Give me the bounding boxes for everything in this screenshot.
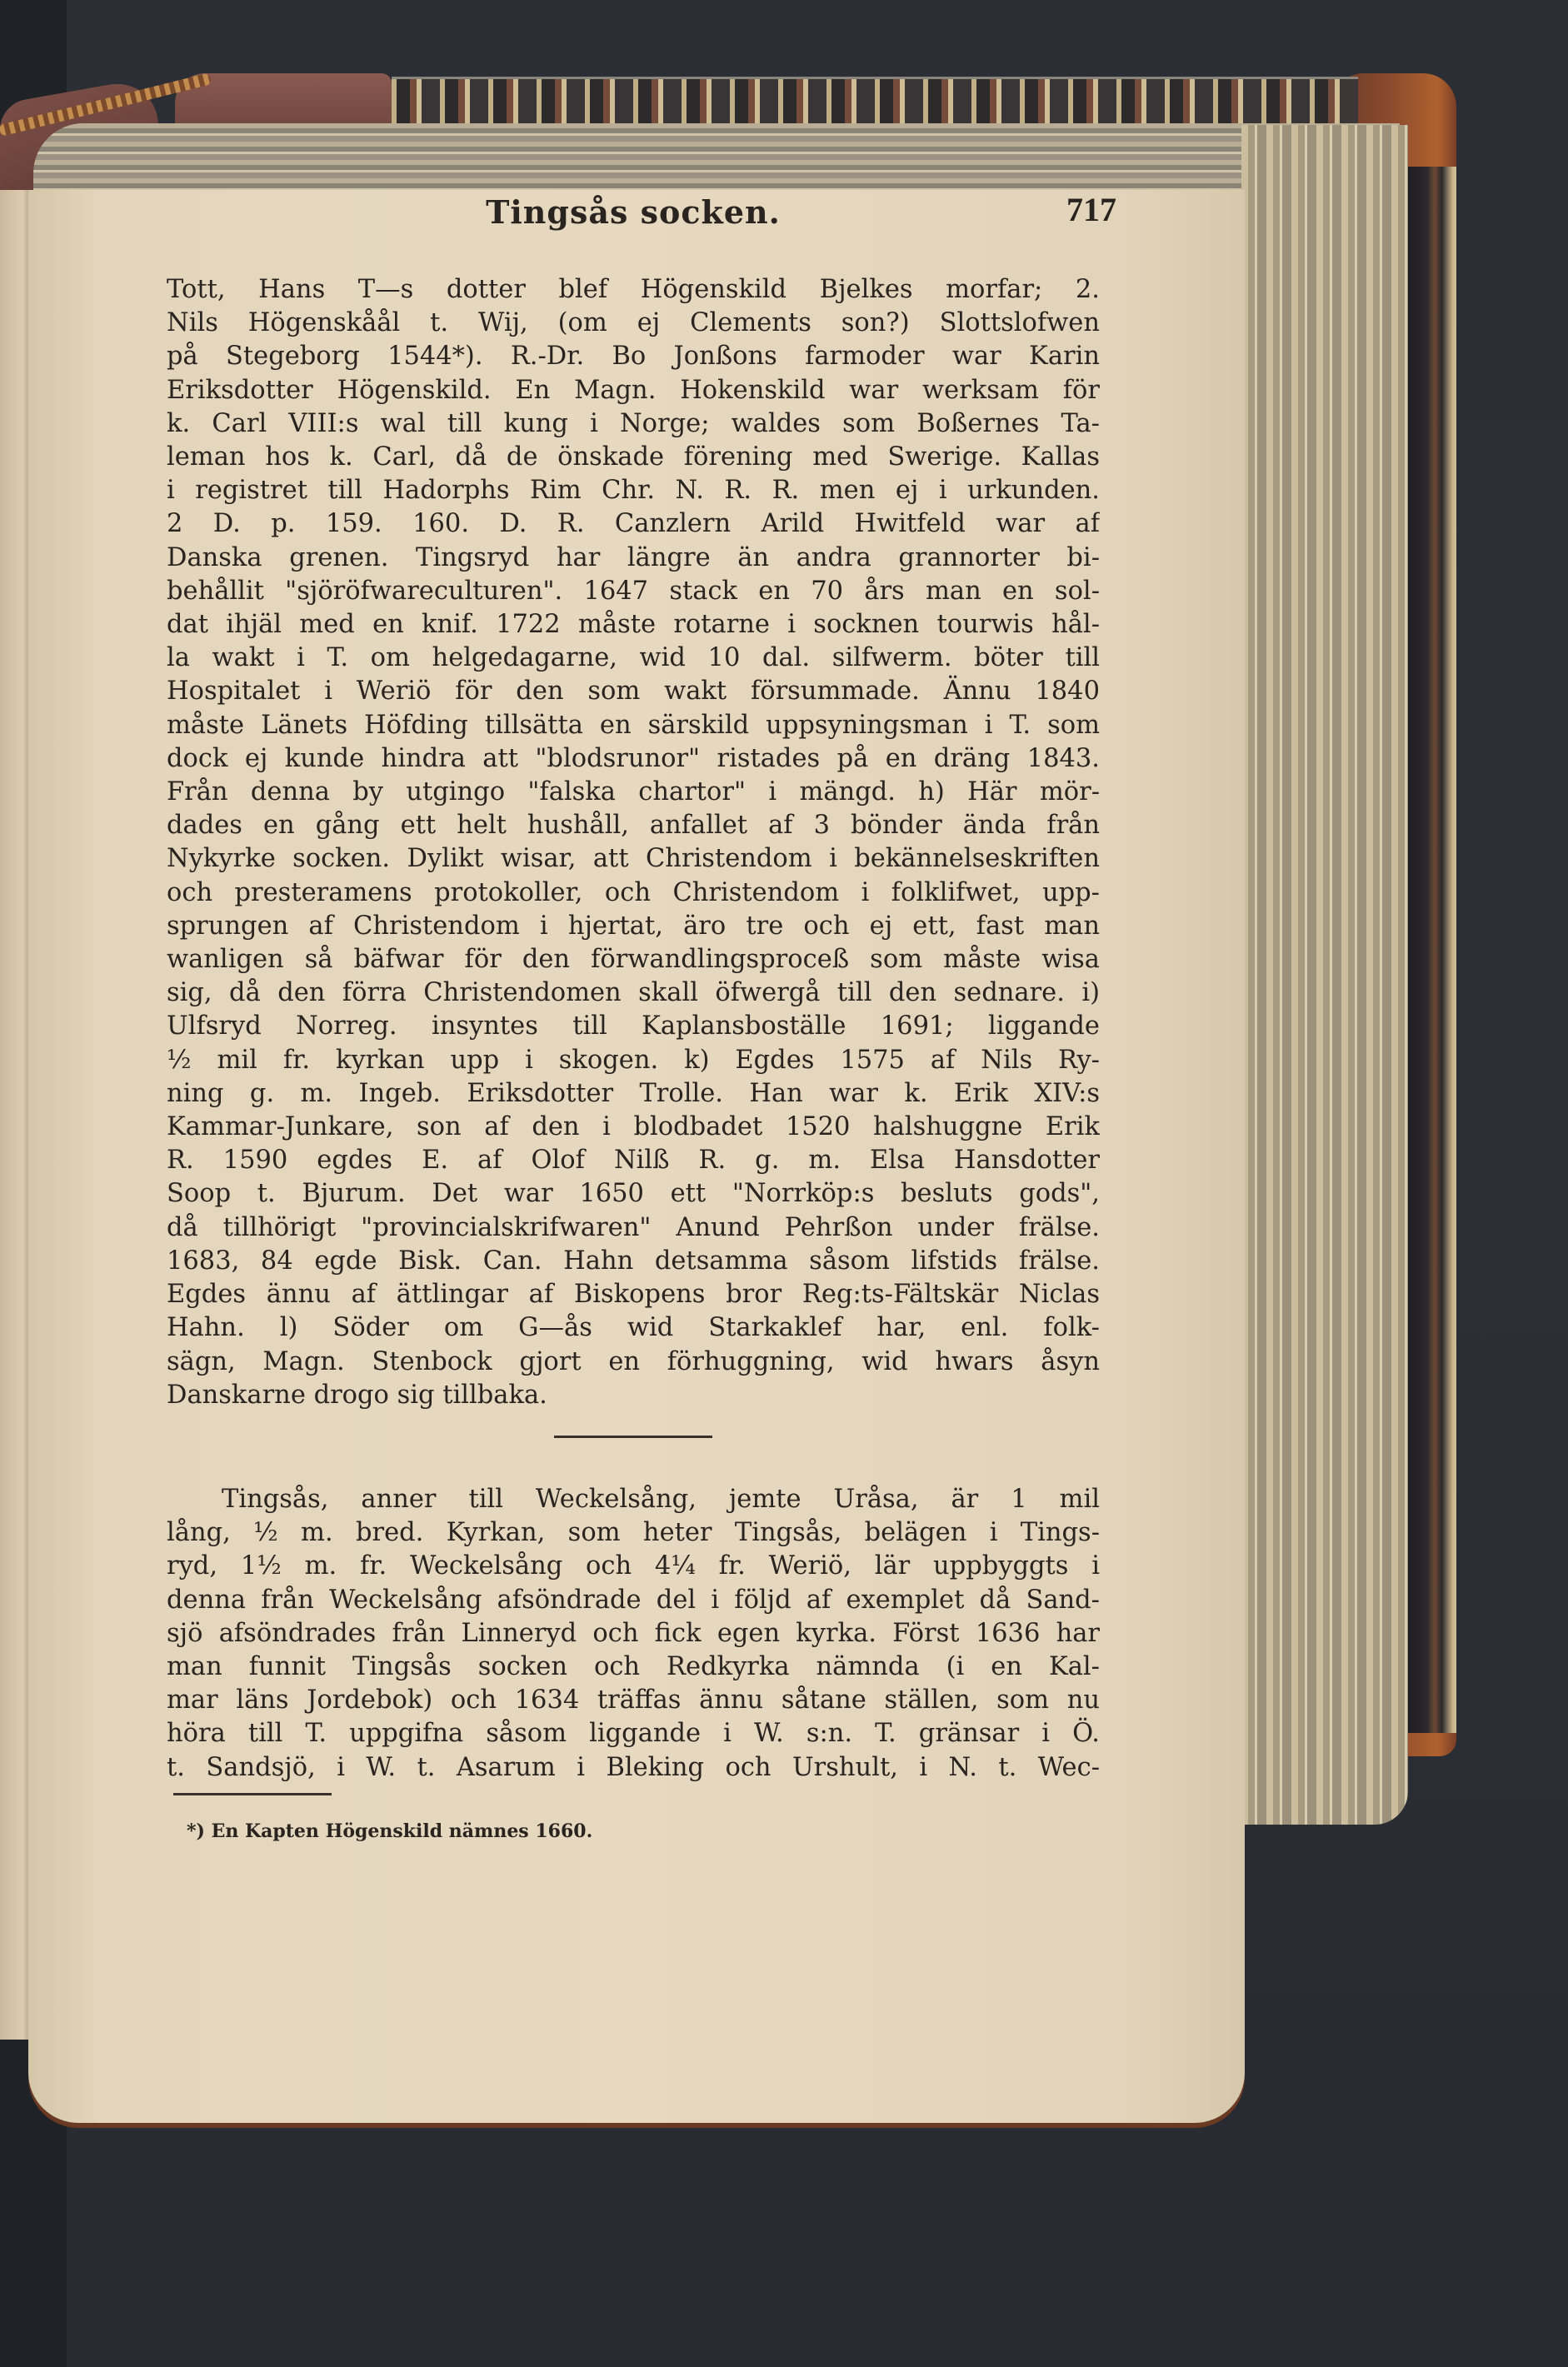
text-line: Tingsås, anner till Weckelsång, jemte Ur…	[167, 1483, 1100, 1516]
text-line: la wakt i T. om helgedagarne, wid 10 dal…	[167, 642, 1100, 675]
text-line: Nykyrke socken. Dylikt wisar, att Christ…	[167, 842, 1100, 876]
text-line: Danska grenen. Tingsryd har längre än an…	[167, 542, 1100, 575]
text-line: ryd, 1½ m. fr. Weckelsång och 4¼ fr. Wer…	[167, 1550, 1100, 1583]
text-line: man funnit Tingsås socken och Redkyrka n…	[167, 1650, 1100, 1684]
text-line: denna från Weckelsång afsöndrade del i f…	[167, 1584, 1100, 1617]
text-line: 1683, 84 egde Bisk. Can. Hahn detsamma s…	[167, 1245, 1100, 1278]
text-line: R. 1590 egdes E. af Olof Nilß R. g. m. E…	[167, 1144, 1100, 1177]
text-line: Eriksdotter Högenskild. En Magn. Hokensk…	[167, 374, 1100, 407]
text-line: dades en gång ett helt hushåll, anfallet…	[167, 809, 1100, 842]
text-line: dat ihjäl med en knif. 1722 måste rotarn…	[167, 608, 1100, 642]
facing-page-left	[0, 190, 28, 2040]
book-marbled-edge-top	[392, 77, 1358, 126]
text-line: sig, då den förra Christendomen skall öf…	[167, 976, 1100, 1010]
text-line: höra till T. uppgifna såsom liggande i W…	[167, 1717, 1100, 1750]
text-line: Danskarne drogo sig tillbaka.	[167, 1379, 1100, 1412]
text-line: sprungen af Christendom i hjertat, äro t…	[167, 910, 1100, 943]
text-line: k. Carl VIII:s wal till kung i Norge; wa…	[167, 407, 1100, 441]
page-stack-right-edge	[1241, 125, 1408, 1825]
text-line: Från denna by utgingo "falska chartor" i…	[167, 776, 1100, 809]
paragraph-tingsas-parish: Tingsås, anner till Weckelsång, jemte Ur…	[167, 1483, 1100, 1785]
text-line: wanligen så bäfwar för den förwandlingsp…	[167, 943, 1100, 976]
text-line: Soop t. Bjurum. Det war 1650 ett "Norrkö…	[167, 1177, 1100, 1211]
text-line: Tott, Hans T—s dotter blef Högenskild Bj…	[167, 273, 1100, 307]
running-head: Tingsås socken. 717	[167, 193, 1100, 252]
text-line: t. Sandsjö, i W. t. Asarum i Bleking och…	[167, 1751, 1100, 1785]
page-number: 717	[1066, 190, 1116, 229]
book-marbled-edge-right	[1408, 167, 1456, 1733]
text-line: på Stegeborg 1544*). R.-Dr. Bo Jonßons f…	[167, 340, 1100, 373]
text-line: 2 D. p. 159. 160. D. R. Canzlern Arild H…	[167, 507, 1100, 541]
text-line: Kammar-Junkare, son af den i blodbadet 1…	[167, 1111, 1100, 1144]
text-line: behållit "sjöröfwareculturen". 1647 stac…	[167, 575, 1100, 608]
footnote: *) En Kapten Högenskild nämnes 1660.	[187, 1820, 1100, 1842]
running-title: Tingsås socken.	[167, 193, 1100, 231]
footnote-divider	[173, 1793, 332, 1795]
text-line: och presteramens protokoller, och Christ…	[167, 876, 1100, 910]
text-line: lång, ½ m. bred. Kyrkan, som heter Tings…	[167, 1516, 1100, 1550]
page-content: Tingsås socken. 717 Tott, Hans T—s dotte…	[167, 193, 1100, 1842]
text-line: Nils Högenskåål t. Wij, (om ej Clements …	[167, 307, 1100, 340]
text-line: dock ej kunde hindra att "blodsrunor" ri…	[167, 742, 1100, 776]
text-line: i registret till Hadorphs Rim Chr. N. R.…	[167, 474, 1100, 507]
text-line: sägn, Magn. Stenbock gjort en förhuggnin…	[167, 1346, 1100, 1379]
text-line: sjö afsöndrades från Linneryd och fick e…	[167, 1617, 1100, 1650]
text-line: då tillhörigt "provincialskrifwaren" Anu…	[167, 1211, 1100, 1245]
text-line: Egdes ännu af ättlingar af Biskopens bro…	[167, 1278, 1100, 1311]
text-line: ½ mil fr. kyrkan upp i skogen. k) Egdes …	[167, 1044, 1100, 1077]
text-line: mar läns Jordebok) och 1634 träffas ännu…	[167, 1684, 1100, 1717]
text-line: ning g. m. Ingeb. Eriksdotter Trolle. Ha…	[167, 1077, 1100, 1111]
text-line: Hahn. l) Söder om G—ås wid Starkaklef ha…	[167, 1311, 1100, 1345]
text-line: Hospitalet i Weriö för den som wakt förs…	[167, 675, 1100, 708]
section-divider	[554, 1436, 712, 1438]
text-line: måste Länets Höfding tillsätta en särski…	[167, 709, 1100, 742]
text-line: Ulfsryd Norreg. insyntes till Kaplansbos…	[167, 1010, 1100, 1043]
paragraph-tingsryd-notes: Tott, Hans T—s dotter blef Högenskild Bj…	[167, 273, 1100, 1412]
text-line: leman hos k. Carl, då de önskade förenin…	[167, 441, 1100, 474]
